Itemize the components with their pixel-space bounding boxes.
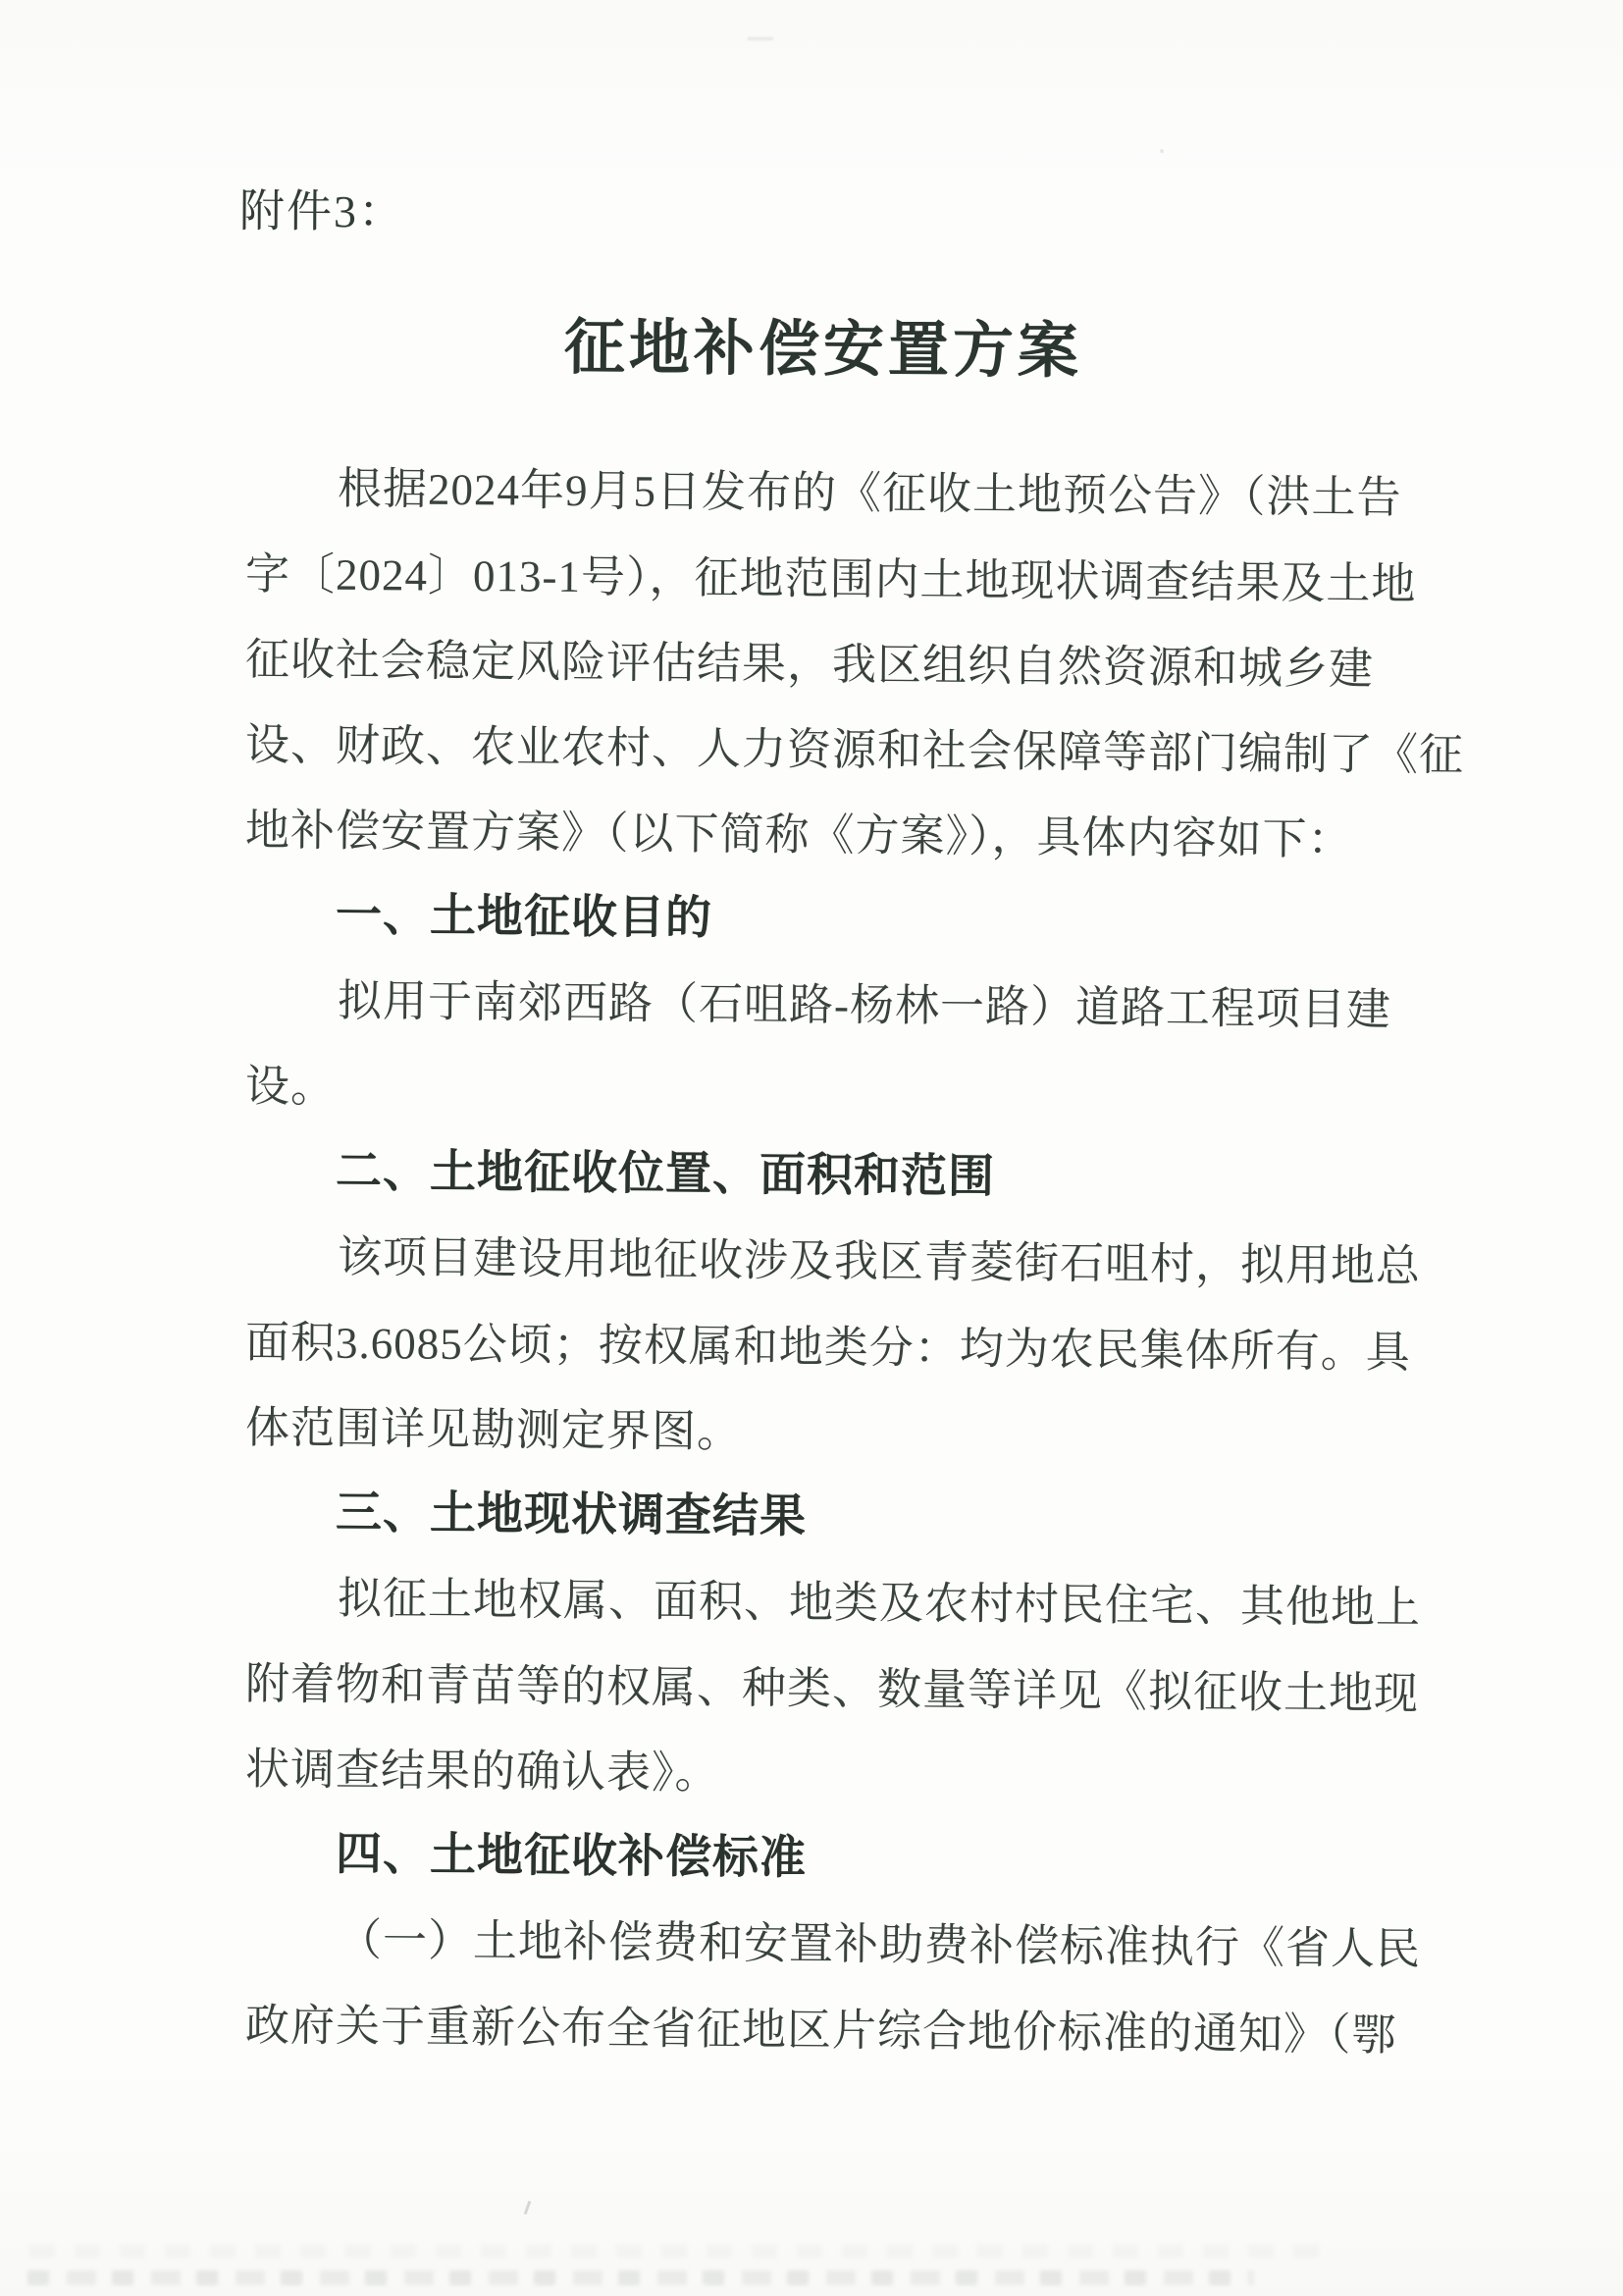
body-line: 设。 — [245, 1039, 1418, 1124]
scan-speck — [524, 2201, 532, 2215]
body-line-text: 设。 — [245, 1050, 337, 1115]
body-line: 政府关于重新公布全省征地区片综合地价标准的通知》（鄂 — [245, 1978, 1418, 2063]
scanned-document-page: 附件3： 征地补偿安置方案 根据2024年9月5日发布的《征收土地预公告》（洪土… — [0, 0, 1623, 2296]
section-heading-text: 三、土地现状调查结果 — [336, 1476, 808, 1545]
body-line-text: 拟征土地权属、面积、地类及农村村民住宅、其他地上 — [338, 1562, 1422, 1636]
body-line: 面积3.6085公顷；按权属和地类分：均为农民集体所有。具 — [245, 1295, 1418, 1381]
section-heading-text: 四、土地征收补偿标准 — [336, 1817, 808, 1887]
body-line-text: 根据2024年9月5日发布的《征收土地预公告》（洪土告 — [338, 452, 1402, 525]
section-heading-text: 一、土地征收目的 — [336, 878, 713, 947]
bleed-through-text-row — [27, 2270, 1254, 2285]
body-line: 该项目建设用地征收涉及我区青菱街石咀村，拟用地总 — [245, 1210, 1418, 1295]
body-line-text: 体范围详见勘测定界图。 — [245, 1391, 743, 1459]
section-heading-text: 二、土地征收位置、面积和范围 — [336, 1134, 996, 1206]
body-line: 体范围详见勘测定界图。 — [245, 1381, 1418, 1466]
section-heading: 三、土地现状调查结果 — [245, 1466, 1418, 1551]
body-line-text: 地补偿安置方案》（以下简称《方案》），具体内容如下： — [245, 794, 1353, 867]
body-line-text: 拟用于南郊西路（石咀路-杨林一路）道路工程项目建 — [338, 965, 1392, 1037]
body-line-text: 面积3.6085公顷；按权属和地类分：均为农民集体所有。具 — [245, 1306, 1411, 1380]
scan-speck — [748, 37, 773, 40]
body-line-text: 附着物和青苗等的权属、种类、数量等详见《拟征收土地现 — [245, 1647, 1420, 1721]
body-line-text: 字〔2024〕013-1号），征地范围内土地现状调查结果及土地 — [245, 538, 1417, 611]
body-line: 地补偿安置方案》（以下简称《方案》），具体内容如下： — [245, 783, 1418, 868]
body-line-text: 设、财政、农业农村、人力资源和社会保障等部门编制了《征 — [245, 708, 1465, 783]
body-line: 状调查结果的确认表》。 — [245, 1722, 1418, 1807]
body-line: 拟用于南郊西路（石咀路-杨林一路）道路工程项目建 — [245, 954, 1418, 1039]
document-title: 征地补偿安置方案 — [12, 294, 1623, 394]
attachment-label: 附件3： — [239, 183, 405, 238]
body-line-text: 状调查结果的确认表》。 — [245, 1733, 720, 1800]
bleed-through-text-row — [29, 2245, 1325, 2258]
section-heading: 二、土地征收位置、面积和范围 — [245, 1124, 1418, 1210]
body-line: 拟征土地权属、面积、地类及农村村民住宅、其他地上 — [245, 1551, 1418, 1637]
body-line: 征收社会稳定风险评估结果，我区组织自然资源和城乡建 — [245, 612, 1418, 698]
document-body: 根据2024年9月5日发布的《征收土地预公告》（洪土告字〔2024〕013-1号… — [245, 442, 1418, 2063]
body-line-text: 该项目建设用地征收涉及我区青菱街石咀村，拟用地总 — [338, 1221, 1422, 1294]
body-line: 根据2024年9月5日发布的《征收土地预公告》（洪土告 — [245, 442, 1418, 527]
body-line: 设、财政、农业农村、人力资源和社会保障等部门编制了《征 — [245, 698, 1418, 783]
body-line: 字〔2024〕013-1号），征地范围内土地现状调查结果及土地 — [245, 527, 1418, 612]
scan-speck — [1160, 149, 1164, 153]
section-heading: 一、土地征收目的 — [245, 868, 1418, 954]
body-line-text: 政府关于重新公布全省征地区片综合地价标准的通知》（鄂 — [245, 1989, 1397, 2062]
section-heading: 四、土地征收补偿标准 — [245, 1807, 1418, 1893]
body-line-text: 征收社会稳定风险评估结果，我区组织自然资源和城乡建 — [245, 623, 1375, 697]
body-line: （一）土地补偿费和安置补助费补偿标准执行《省人民 — [245, 1893, 1418, 1978]
body-line: 附着物和青苗等的权属、种类、数量等详见《拟征收土地现 — [245, 1637, 1418, 1722]
body-line-text: （一）土地补偿费和安置补助费补偿标准执行《省人民 — [338, 1904, 1422, 1977]
